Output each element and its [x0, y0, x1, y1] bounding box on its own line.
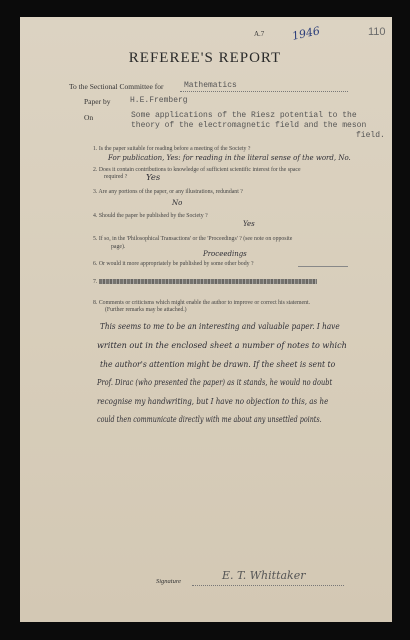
paper-by-value: H.E.Fremberg: [130, 96, 188, 105]
answer-6-line: [298, 266, 348, 267]
signature: E. T. Whittaker: [222, 569, 305, 582]
answer-2: Yes: [146, 173, 160, 183]
signature-label: Signature: [156, 578, 181, 585]
answer-1: For publication, Yes: for reading in the…: [108, 154, 351, 162]
paper-by-label: Paper by: [84, 97, 110, 106]
committee-label: To the Sectional Committee for: [69, 82, 163, 91]
comment-line-2: written out in the enclosed sheet a numb…: [97, 341, 347, 351]
question-2-cont: required ?: [104, 174, 127, 180]
comment-line-3: the author's attention might be drawn. I…: [100, 360, 335, 370]
title-line-3: field.: [356, 131, 385, 140]
struck-text: [99, 279, 317, 284]
page-title: REFEREE'S REPORT: [0, 50, 410, 67]
question-5: 5. If so, in the 'Philosophical Transact…: [93, 236, 292, 242]
signature-line: [192, 585, 344, 586]
title-line-2: theory of the electromagnetic field and …: [131, 121, 366, 130]
committee-value: Mathematics: [184, 81, 237, 90]
comment-line-4: Prof. Dirac (who presented the paper) as…: [97, 378, 332, 388]
question-1: 1. Is the paper suitable for reading bef…: [93, 146, 250, 152]
question-7: 7.: [93, 279, 317, 285]
document-page: [20, 17, 392, 622]
folio-number: 110: [368, 26, 386, 38]
question-6: 6. Or would it more appropriately be pub…: [93, 261, 254, 267]
form-code: A.7: [254, 30, 264, 38]
question-3: 3. Are any portions of the paper, or any…: [93, 189, 243, 195]
answer-4: Yes: [243, 220, 255, 228]
question-2: 2. Does it contain contributions to know…: [93, 167, 301, 173]
on-label: On: [84, 113, 93, 122]
question-8: 8. Comments or criticisms which might en…: [93, 300, 310, 306]
referee-comments: This seems to me to be an interesting an…: [100, 322, 400, 432]
comment-line-6: could then communicate directly with me …: [97, 415, 322, 425]
question-8-cont: (Further remarks may be attached.): [105, 307, 187, 313]
question-4: 4. Should the paper be published by the …: [93, 213, 208, 219]
comment-line-5: recognise my handwriting, but I have no …: [97, 397, 328, 407]
answer-5: Proceedings: [203, 250, 247, 258]
comment-line-1: This seems to me to be an interesting an…: [100, 322, 340, 332]
question-5-cont: page).: [111, 244, 125, 250]
answer-3: No: [172, 199, 182, 207]
committee-line: [180, 91, 348, 92]
title-line-1: Some applications of the Riesz potential…: [131, 111, 357, 120]
